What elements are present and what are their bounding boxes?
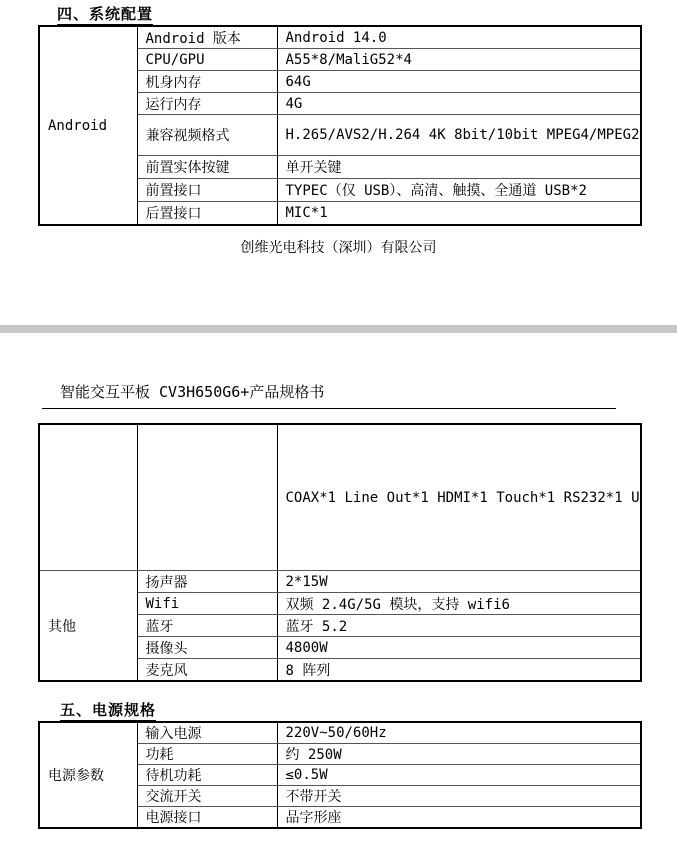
section-heading-power-spec: 五、电源规格	[60, 700, 156, 722]
spec-row-label: 摄像头	[137, 637, 277, 659]
group-label-other: 其他	[39, 571, 137, 682]
spec-row-label: 运行内存	[137, 93, 277, 115]
table-row: 其他 扬声器 2*15W	[39, 571, 641, 593]
spec-row-label: 兼容视频格式	[137, 115, 277, 156]
spec-row-value: 不带开关	[277, 786, 641, 807]
spec-row-value: 单开关键	[277, 156, 641, 179]
power-spec-table: 电源参数 输入电源 220V~50/60Hz 功耗 约 250W 待机功耗 ≤0…	[38, 721, 642, 829]
group-label-android: Android	[39, 26, 137, 225]
spec-row-label: 功耗	[137, 744, 277, 765]
section-heading-text: 四、系统配置	[57, 6, 153, 26]
spec-row-value: 2*15W	[277, 571, 641, 593]
spec-row-value: 双频 2.4G/5G 模块，支持 wifi6	[277, 593, 641, 615]
rear-ports-list: COAX*1 Line Out*1 HDMI*1 Touch*1 RS232*1…	[277, 424, 641, 571]
spec-row-value: H.265/AVS2/H.264 4K 8bit/10bit MPEG4/MPE…	[277, 115, 641, 156]
spec-row-label: 麦克风	[137, 659, 277, 682]
empty-label-cell	[137, 424, 277, 571]
spec-row-value: 约 250W	[277, 744, 641, 765]
spec-row-value: ≤0.5W	[277, 765, 641, 786]
group-label-power: 电源参数	[39, 722, 137, 828]
spec-row-label: 交流开关	[137, 786, 277, 807]
spec-row-label: 前置实体按键	[137, 156, 277, 179]
spec-row-value: A55*8/MaliG52*4	[277, 49, 641, 71]
spec-row-label: CPU/GPU	[137, 49, 277, 71]
spec-row-value: 4800W	[277, 637, 641, 659]
spec-row-label: 输入电源	[137, 722, 277, 744]
doc-title-block: 智能交互平板 CV3H650G6+产品规格书	[42, 381, 616, 409]
company-name: 创维光电科技（深圳）有限公司	[0, 237, 677, 257]
spec-row-value: MIC*1	[277, 202, 641, 226]
table-row: 电源参数 输入电源 220V~50/60Hz	[39, 722, 641, 744]
spec-row-label: 后置接口	[137, 202, 277, 226]
spec-row-value: Android 14.0	[277, 26, 641, 49]
page-separator-bar	[0, 325, 677, 333]
spec-row-label: 前置接口	[137, 179, 277, 202]
section-heading-text: 五、电源规格	[60, 702, 156, 722]
spec-row-label: 待机功耗	[137, 765, 277, 786]
spec-row-value: 4G	[277, 93, 641, 115]
section-heading-system-config: 四、系统配置	[57, 4, 153, 26]
spec-row-label: 扬声器	[137, 571, 277, 593]
table-row: COAX*1 Line Out*1 HDMI*1 Touch*1 RS232*1…	[39, 424, 641, 571]
spec-row-label: Wifi	[137, 593, 277, 615]
spec-row-label: 电源接口	[137, 807, 277, 829]
doc-title: 智能交互平板 CV3H650G6+产品规格书	[60, 383, 324, 401]
spec-row-value: 64G	[277, 71, 641, 93]
system-config-table: Android Android 版本 Android 14.0 CPU/GPU …	[38, 25, 642, 226]
empty-group-cell	[39, 424, 137, 571]
spec-row-label: 机身内存	[137, 71, 277, 93]
spec-row-label: Android 版本	[137, 26, 277, 49]
spec-row-value: 品字形座	[277, 807, 641, 829]
table-row: Android Android 版本 Android 14.0	[39, 26, 641, 49]
other-spec-table: COAX*1 Line Out*1 HDMI*1 Touch*1 RS232*1…	[38, 423, 642, 682]
spec-row-value: 蓝牙 5.2	[277, 615, 641, 637]
spec-row-value: 8 阵列	[277, 659, 641, 682]
spec-row-label: 蓝牙	[137, 615, 277, 637]
spec-row-value: TYPEC（仅 USB）、高清、触摸、全通道 USB*2	[277, 179, 641, 202]
spec-row-value: 220V~50/60Hz	[277, 722, 641, 744]
